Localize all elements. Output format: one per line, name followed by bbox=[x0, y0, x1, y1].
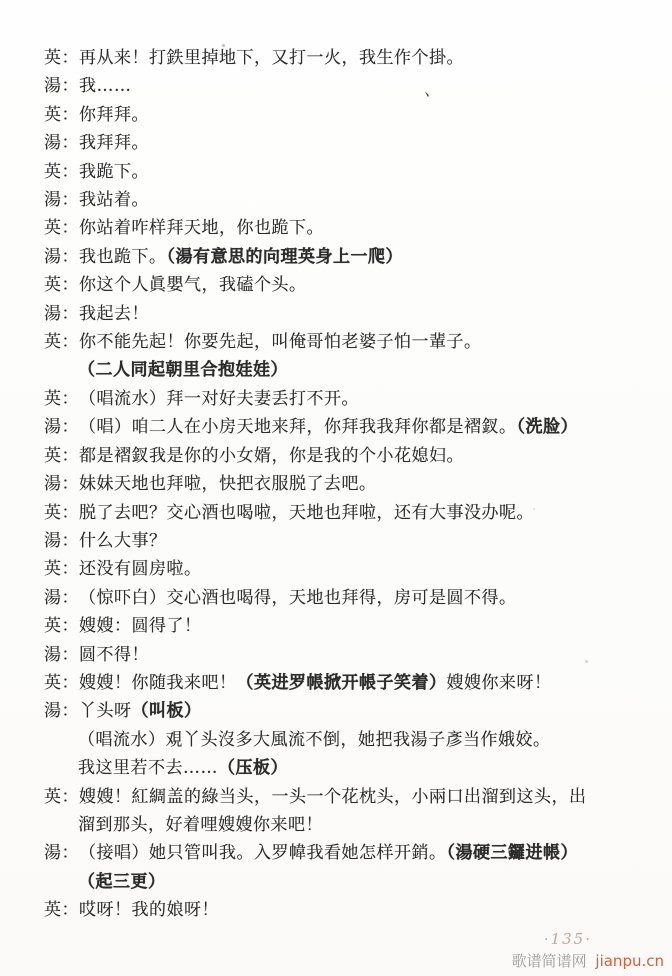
watermark: 歌谱简谱网 jianpu.cn bbox=[512, 950, 664, 971]
speaker-label: 英： bbox=[44, 669, 79, 697]
script-line: 英：再从来！打鉄里掉地下，又打一火，我生作个掛。 bbox=[44, 44, 644, 72]
dialogue-text: 嫂嫂！你随我来吧！ bbox=[79, 673, 237, 693]
script-line: 湯：（接唱）她只管叫我。入罗幃我看她怎样开銷。（湯硬三鑼进帳） bbox=[44, 839, 644, 867]
script-line: 湯：什么大事？ bbox=[44, 527, 644, 555]
dialogue-text: 我这里若不去…… bbox=[78, 758, 218, 778]
dialogue-text: （唱流水）覌丫头沒多大風流不倒，她把我湯子彥当作娥姣。 bbox=[78, 730, 551, 750]
dialogue-text: 我…… bbox=[79, 76, 132, 96]
script-line: 湯：我起去！ bbox=[44, 300, 644, 328]
script-line: 湯：丫头呀（叫板） bbox=[44, 697, 644, 725]
speaker-label: 湯： bbox=[44, 300, 79, 328]
speaker-label: 湯： bbox=[44, 470, 79, 498]
speaker-label: 湯： bbox=[44, 697, 79, 725]
speaker-label: 英： bbox=[44, 214, 79, 242]
script-line: 湯：（惊吓白）交心酒也喝得，天地也拜得，房可是圆不得。 bbox=[44, 584, 644, 612]
dialogue-text: 我跪下。 bbox=[79, 162, 149, 182]
dialogue-text: （接唱）她只管叫我。入罗幃我看她怎样开銷。 bbox=[79, 843, 447, 863]
speaker-label: 英： bbox=[44, 555, 79, 583]
dialogue-text: 你拜拜。 bbox=[79, 105, 149, 125]
speaker-label: 湯： bbox=[44, 72, 79, 100]
script-line: 溜到那头，好着哩嫂嫂你来吧！ bbox=[44, 811, 644, 839]
speaker-label: 英： bbox=[44, 783, 79, 811]
watermark-site-name: 歌谱简谱网 bbox=[512, 952, 587, 970]
script-text-block: 英：再从来！打鉄里掉地下，又打一火，我生作个掛。湯：我……英：你拜拜。湯：我拜拜… bbox=[44, 44, 644, 925]
script-line: 英：嫂嫂！紅綢盖的綠当头，一头一个花枕头，小兩口出溜到这头，出 bbox=[44, 783, 644, 811]
script-line: 英：（唱流水）拜一对好夫妻丢打不开。 bbox=[44, 385, 644, 413]
speaker-label: 湯： bbox=[44, 129, 79, 157]
speaker-label: 英： bbox=[44, 442, 79, 470]
script-line: 湯：圆不得！ bbox=[44, 641, 644, 669]
dialogue-text: 我拜拜。 bbox=[79, 133, 149, 153]
script-line: 英：哎呀！我的娘呀！ bbox=[44, 896, 644, 924]
dialogue-text: 你不能先起！你要先起，叫俺哥怕老婆子怕一輩子。 bbox=[79, 332, 482, 352]
dialogue-text: 溜到那头，好着哩嫂嫂你来吧！ bbox=[78, 815, 323, 835]
dialogue-text: 嫂嫂你来呀！ bbox=[447, 673, 552, 693]
speaker-label: 湯： bbox=[44, 243, 79, 271]
stage-direction: （叫板） bbox=[132, 701, 202, 721]
script-line: 英：嫂嫂：圆得了！ bbox=[44, 612, 644, 640]
script-line: 湯：我也跪下。（湯有意思的向理英身上一爬） bbox=[44, 243, 644, 271]
speaker-label: 英： bbox=[44, 385, 79, 413]
speaker-label: 英： bbox=[44, 158, 79, 186]
stage-direction: （压板） bbox=[218, 758, 288, 778]
script-line: （唱流水）覌丫头沒多大風流不倒，她把我湯子彥当作娥姣。 bbox=[44, 726, 644, 754]
watermark-site-url[interactable]: jianpu.cn bbox=[595, 952, 664, 970]
stage-direction: （湯硬三鑼进帳） bbox=[447, 843, 579, 863]
speaker-label: 湯： bbox=[44, 186, 79, 214]
speaker-label: 湯： bbox=[44, 641, 79, 669]
dialogue-text: （唱）咱二人在小房天地来拜，你拜我我拜你都是褶釵。 bbox=[79, 417, 517, 437]
scanned-page: 英：再从来！打鉄里掉地下，又打一火，我生作个掛。湯：我……英：你拜拜。湯：我拜拜… bbox=[0, 0, 672, 976]
dialogue-text: 再从来！打鉄里掉地下，又打一火，我生作个掛。 bbox=[79, 48, 464, 68]
scan-stray-mark: 、 bbox=[423, 77, 442, 102]
script-line: 湯：我拜拜。 bbox=[44, 129, 644, 157]
script-line: 湯：我站着。 bbox=[44, 186, 644, 214]
dialogue-text: （唱流水）拜一对好夫妻丢打不开。 bbox=[79, 389, 359, 409]
speaker-label: 英： bbox=[44, 101, 79, 129]
speaker-label: 英： bbox=[44, 271, 79, 299]
speaker-label: 湯： bbox=[44, 584, 79, 612]
speaker-label: 湯： bbox=[44, 527, 79, 555]
dialogue-text: 丫头呀 bbox=[79, 701, 132, 721]
script-line: 我这里若不去……（压板） bbox=[44, 754, 644, 782]
scan-speck bbox=[533, 508, 535, 510]
dialogue-text: 你站着咋样拜天地，你也跪下。 bbox=[79, 218, 324, 238]
speaker-label: 英： bbox=[44, 44, 79, 72]
script-line: 英：嫂嫂！你随我来吧！（英进罗帳掀开帳子笑着）嫂嫂你来呀！ bbox=[44, 669, 644, 697]
script-line: 湯：（唱）咱二人在小房天地来拜，你拜我我拜你都是褶釵。（洗脸） bbox=[44, 413, 644, 441]
speaker-label: 英： bbox=[44, 896, 79, 924]
script-line: 英：脱了去吧？交心酒也喝啦，天地也拜啦，还有大事没办呢。 bbox=[44, 499, 644, 527]
script-line: 英：我跪下。 bbox=[44, 158, 644, 186]
stage-direction: （起三更） bbox=[78, 872, 166, 892]
dialogue-text: （惊吓白）交心酒也喝得，天地也拜得，房可是圆不得。 bbox=[79, 588, 517, 608]
stage-direction: （洗脸） bbox=[517, 417, 579, 437]
dialogue-text: 我站着。 bbox=[79, 190, 149, 210]
dialogue-text: 还没有圆房啦。 bbox=[79, 559, 202, 579]
dialogue-text: 圆不得！ bbox=[79, 645, 149, 665]
dialogue-text: 什么大事？ bbox=[79, 531, 167, 551]
stage-direction: （二人同起朝里合抱娃娃） bbox=[78, 360, 288, 380]
speaker-label: 湯： bbox=[44, 839, 79, 867]
dialogue-text: 都是褶釵我是你的小女婿，你是我的个小花媳妇。 bbox=[79, 446, 464, 466]
speaker-label: 英： bbox=[44, 612, 79, 640]
speaker-label: 英： bbox=[44, 499, 79, 527]
script-line: 湯：妹妹天地也拜啦，快把衣服脱了去吧。 bbox=[44, 470, 644, 498]
dialogue-text: 脱了去吧？交心酒也喝啦，天地也拜啦，还有大事没办呢。 bbox=[79, 503, 534, 523]
script-line: （二人同起朝里合抱娃娃） bbox=[44, 356, 644, 384]
dialogue-text: 哎呀！我的娘呀！ bbox=[79, 900, 219, 920]
scan-speck bbox=[222, 44, 225, 47]
speaker-label: 英： bbox=[44, 328, 79, 356]
dialogue-text: 我也跪下。 bbox=[79, 247, 167, 267]
dialogue-text: 嫂嫂！紅綢盖的綠当头，一头一个花枕头，小兩口出溜到这头，出 bbox=[79, 787, 587, 807]
dialogue-text: 妹妹天地也拜啦，快把衣服脱了去吧。 bbox=[79, 474, 377, 494]
stage-direction: （英进罗帳掀开帳子笑着） bbox=[237, 673, 447, 693]
stage-direction: （湯有意思的向理英身上一爬） bbox=[167, 247, 404, 267]
dialogue-text: 我起去！ bbox=[79, 304, 149, 324]
script-line: 英：还没有圆房啦。 bbox=[44, 555, 644, 583]
script-line: （起三更） bbox=[44, 868, 644, 896]
dialogue-text: 你这个人眞嬰气，我磕个头。 bbox=[79, 275, 307, 295]
script-line: 英：都是褶釵我是你的小女婿，你是我的个小花媳妇。 bbox=[44, 442, 644, 470]
dialogue-text: 嫂嫂：圆得了！ bbox=[79, 616, 202, 636]
scan-speck bbox=[585, 660, 588, 663]
script-line: 英：你不能先起！你要先起，叫俺哥怕老婆子怕一輩子。 bbox=[44, 328, 644, 356]
page-number: ·135· bbox=[544, 930, 592, 948]
script-line: 英：你站着咋样拜天地，你也跪下。 bbox=[44, 214, 644, 242]
script-line: 湯：我…… bbox=[44, 72, 644, 100]
script-line: 英：你拜拜。 bbox=[44, 101, 644, 129]
speaker-label: 湯： bbox=[44, 413, 79, 441]
script-line: 英：你这个人眞嬰气，我磕个头。 bbox=[44, 271, 644, 299]
